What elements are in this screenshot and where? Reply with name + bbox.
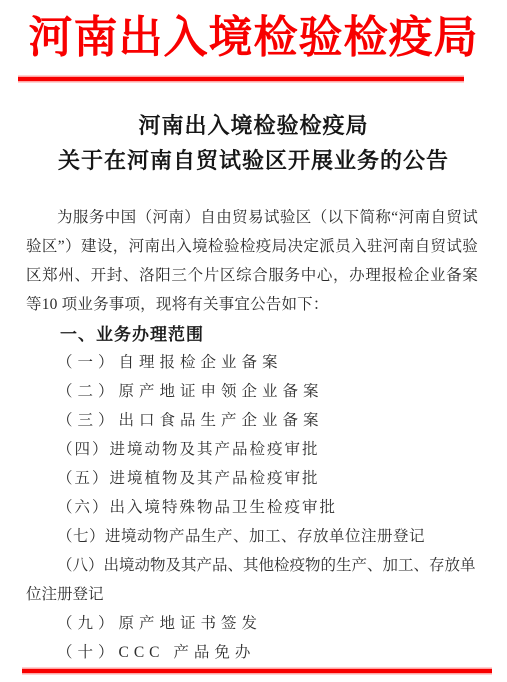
announcement-item-8: （八）出境动物及其产品、其他检疫物的生产、加工、存放单位注册登记 (26, 551, 482, 609)
announcement-item-1: （一）自理报检企业备案 (26, 348, 482, 377)
announcement-body: 河南出入境检验检疫局 关于在河南自贸试验区开展业务的公告 为服务中国（河南）自由… (0, 108, 507, 667)
announcement-item-5: （五）进境植物及其产品检疫审批 (26, 464, 482, 493)
section-heading: 一、业务办理范围 (26, 321, 478, 348)
document-footer (0, 669, 507, 673)
announcement-item-3: （三）出口食品生产企业备案 (26, 406, 482, 435)
document-title-line1: 河南出入境检验检疫局 (20, 108, 487, 143)
intro-paragraph: 为服务中国（河南）自由贸易试验区（以下简称“河南自贸试验区”）建设，河南出入境检… (26, 203, 478, 319)
announcement-item-6: （六）出入境特殊物品卫生检疫审批 (26, 493, 482, 522)
announcement-item-7: （七）进境动物产品生产、加工、存放单位注册登记 (26, 522, 482, 551)
announcement-item-9: （九）原产地证书签发 (26, 609, 482, 638)
announcement-item-4: （四）进境动物及其产品检疫审批 (26, 435, 482, 464)
announcement-item-2: （二）原产地证申领企业备案 (26, 377, 482, 406)
document-title-line2: 关于在河南自贸试验区开展业务的公告 (20, 143, 487, 178)
document-page: 河南出入境检验检疫局 河南出入境检验检疫局 关于在河南自贸试验区开展业务的公告 … (0, 0, 507, 682)
masthead: 河南出入境检验检疫局 (0, 0, 507, 81)
footer-rule (22, 669, 492, 673)
masthead-org-name: 河南出入境检验检疫局 (0, 0, 507, 65)
masthead-rule (18, 77, 464, 81)
announcement-item-10: （十）CCC 产品免办 (26, 638, 482, 667)
document-title: 河南出入境检验检疫局 关于在河南自贸试验区开展业务的公告 (20, 108, 487, 178)
